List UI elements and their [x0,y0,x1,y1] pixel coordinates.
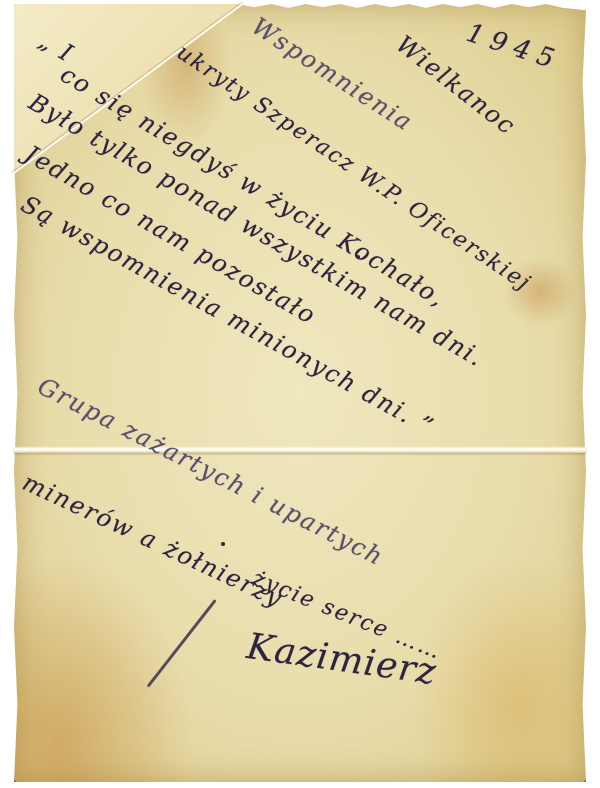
scan-page: 1945 Wielkanoc Wspomnienia ukryty Szpera… [0,0,600,788]
horizontal-fold-crease [14,448,586,453]
ink-dot [221,542,225,546]
ink-dot [356,255,360,259]
